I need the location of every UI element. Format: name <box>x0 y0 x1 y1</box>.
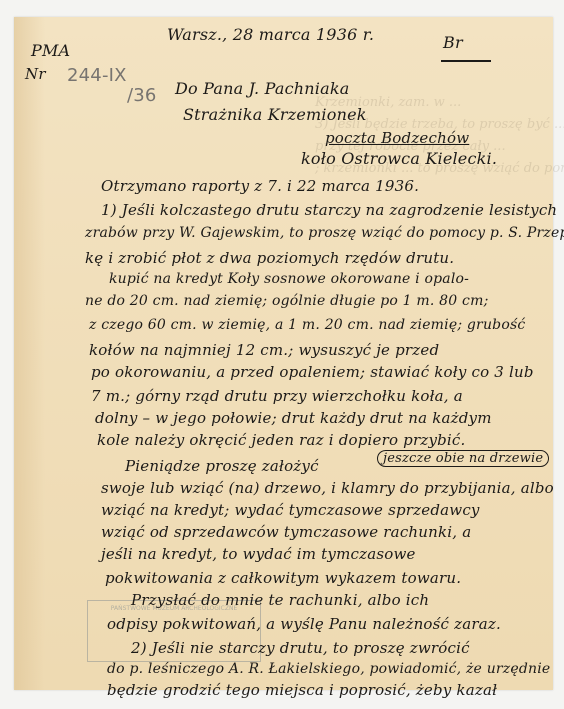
date-line: Warsz., 28 marca 1936 r. <box>167 25 374 44</box>
body-line: Przysłać do mnie te rachunki, albo ich <box>131 591 429 609</box>
body-line: 1) Jeśli kolczastego drutu starczy na za… <box>101 201 557 219</box>
body-line: ne do 20 cm. nad ziemię; ogólnie długie … <box>85 293 488 309</box>
reference-year: /36 <box>127 85 157 106</box>
reference-number: 244-IX <box>67 65 127 86</box>
margin-mark-nr: Nr <box>25 65 46 83</box>
body-line: wziąć na kredyt; wydać tymczasowe sprzed… <box>101 501 480 519</box>
body-line: Pieniądze proszę założyć <box>125 457 319 475</box>
body-line: z czego 60 cm. w ziemię, a 1 m. 20 cm. n… <box>89 317 525 333</box>
body-line: będzie grodzić tego miejsca i poprosić, … <box>107 681 497 699</box>
body-line: po okorowaniu, a przed opaleniem; stawia… <box>91 363 534 381</box>
body-line: wziąć od sprzedawców tymczasowe rachunki… <box>101 523 471 541</box>
addressee-line: poczta Bodzechów <box>325 129 469 147</box>
body-line: do p. leśniczego A. R. Łakielskiego, pow… <box>107 661 550 677</box>
addressee-line: Strażnika Krzemionek <box>183 105 367 124</box>
body-line: pokwitowania z całkowitym wykazem towaru… <box>105 569 461 587</box>
body-line: zrabów przy W. Gajewskim, to proszę wzią… <box>85 225 564 241</box>
body-line: swoje lub wziąć (na) drzewo, i klamry do… <box>101 479 554 497</box>
addressee-line: Do Pana J. Pachniaka <box>175 79 349 98</box>
body-line: 7 m.; górny rząd drutu przy wierzchołku … <box>91 387 463 405</box>
signature-underline <box>441 60 491 62</box>
body-line: jeśli na kredyt, to wydać im tymczasowe <box>101 545 416 563</box>
letter-paper: Krzemionki, zam. w ... 3) Jeśli będzie t… <box>14 17 553 690</box>
margin-mark-pma: PMA <box>31 41 70 60</box>
circled-note: jeszcze obie na drzewie <box>377 450 549 467</box>
body-line: dolny – w jego połowie; drut każdy drut … <box>95 409 492 427</box>
addressee-line: koło Ostrowca Kielecki. <box>301 149 497 168</box>
body-line: 2) Jeśli nie starczy drutu, to proszę zw… <box>131 639 470 657</box>
body-line: Otrzymano raporty z 7. i 22 marca 1936. <box>101 177 419 195</box>
signature-initial: Br <box>443 33 463 52</box>
body-line: kołów na najmniej 12 cm.; wysuszyć je pr… <box>89 341 439 359</box>
body-line: kę i zrobić płot z dwa poziomych rzędów … <box>85 249 454 267</box>
body-line: kole należy okręcić jeden raz i dopiero … <box>97 431 466 449</box>
body-line: odpisy pokwitowań, a wyślę Panu należnoś… <box>107 615 501 633</box>
body-line: kupić na kredyt Koły sosnowe okorowane i… <box>109 271 469 287</box>
